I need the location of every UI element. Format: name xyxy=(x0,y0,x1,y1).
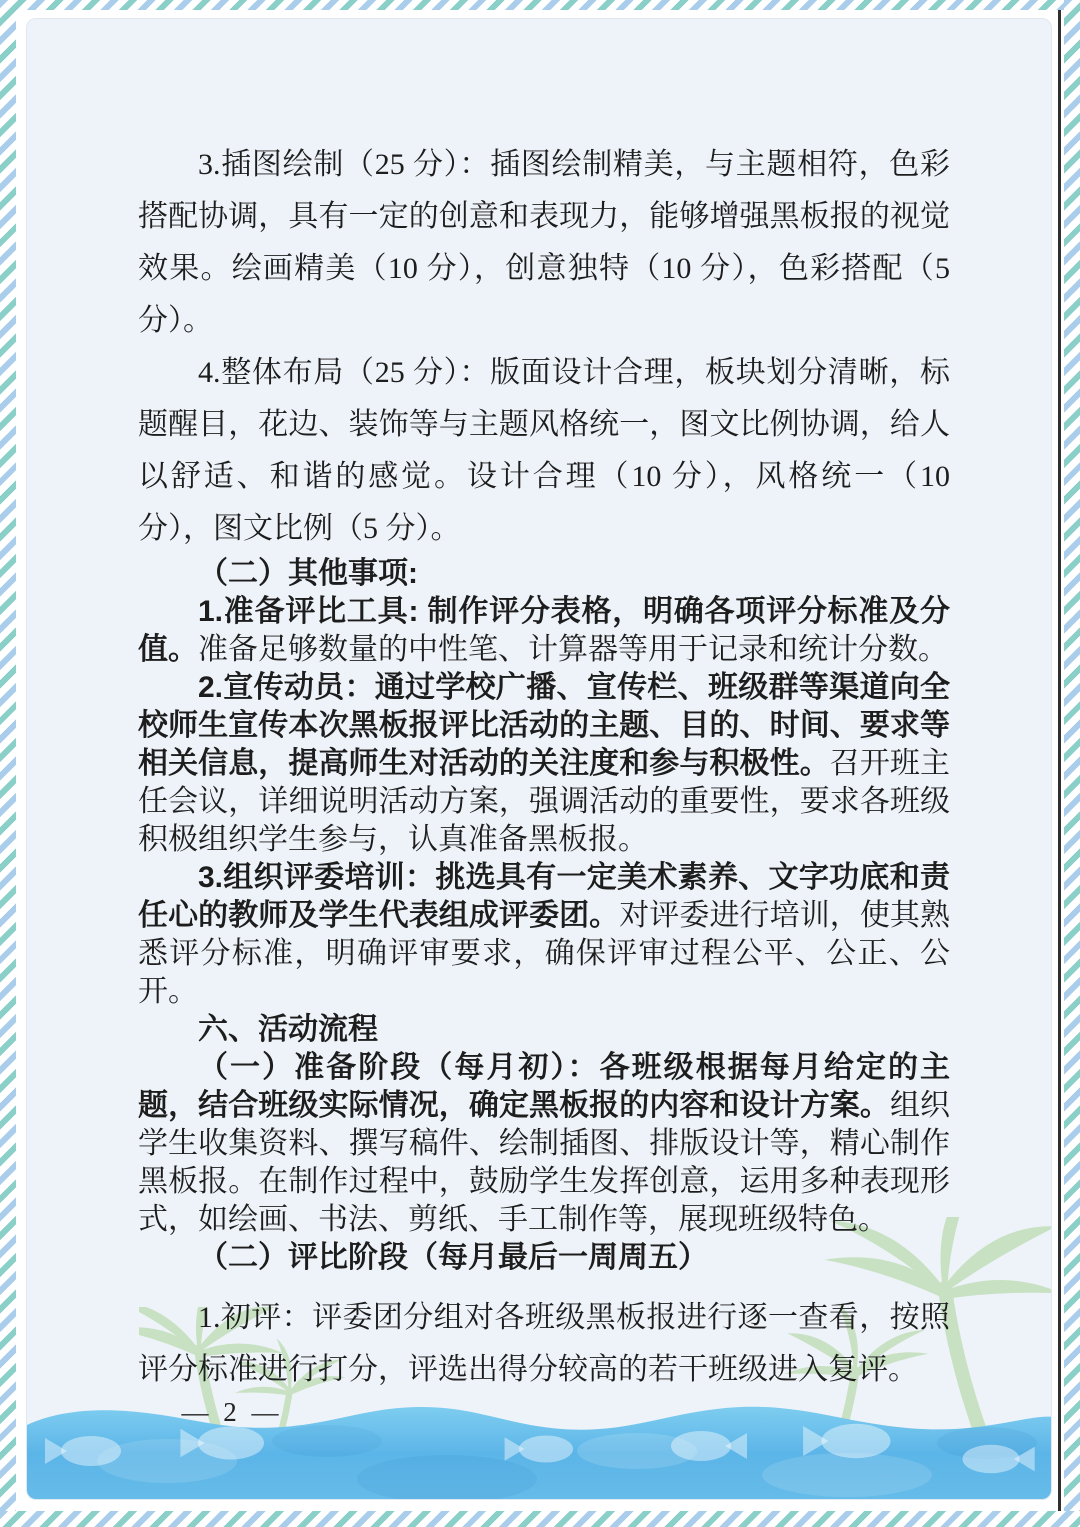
paragraph: （一）准备阶段（每月初）：各班级根据每月给定的主题，结合班级实际情况，确定黑板报… xyxy=(138,1049,950,1239)
paragraph: （二）评比阶段（每月最后一周周五） xyxy=(138,1239,950,1277)
paragraph: 4.整体布局（25 分）：版面设计合理，板块划分清晰，标题醒目，花边、装饰等与主… xyxy=(138,347,950,555)
document-page: — 2 — 3.插图绘制（25 分）：插图绘制精美，与主题相符，色彩搭配协调，具… xyxy=(26,18,1052,1500)
border-stripe-right xyxy=(1064,0,1080,1527)
paragraph-run-bold: （一）准备阶段（每月初）：各班级根据每月给定的主题，结合班级实际情况，确定黑板报… xyxy=(138,1051,950,1122)
paragraph-run-bold: 2.宣传动员：通过学校广播、宣传栏、班级群等渠道向全校师生宣传本次黑板报评比活动… xyxy=(138,671,950,780)
paragraph-run-bold: （二）其他事项: xyxy=(198,557,418,590)
document-body: 3.插图绘制（25 分）：插图绘制精美，与主题相符，色彩搭配协调，具有一定的创意… xyxy=(138,139,950,1396)
paragraph-run: 准备足够数量的中性笔、计算器等用于记录和统计分数。 xyxy=(198,633,948,666)
document-canvas: — 2 — 3.插图绘制（25 分）：插图绘制精美，与主题相符，色彩搭配协调，具… xyxy=(0,0,1080,1527)
border-stripe-left xyxy=(0,0,16,1527)
border-stripe-top xyxy=(0,0,1080,10)
paragraph: 六、活动流程 xyxy=(138,1011,950,1049)
paragraph: 3.组织评委培训：挑选具有一定美术素养、文字功底和责任心的教师及学生代表组成评委… xyxy=(138,859,950,1011)
paragraph: （二）其他事项: xyxy=(138,555,950,593)
paragraph-run-bold: 六、活动流程 xyxy=(198,1013,378,1046)
paragraph: 2.宣传动员：通过学校广播、宣传栏、班级群等渠道向全校师生宣传本次黑板报评比活动… xyxy=(138,669,950,859)
paragraph: 1.准备评比工具: 制作评分表格，明确各项评分标准及分值。准备足够数量的中性笔、… xyxy=(138,593,950,669)
paragraph-run: 3.插图绘制（25 分）：插图绘制精美，与主题相符，色彩搭配协调，具有一定的创意… xyxy=(138,148,950,337)
paragraph-run: 4.整体布局（25 分）：版面设计合理，板块划分清晰，标题醒目，花边、装饰等与主… xyxy=(138,356,950,545)
paragraph: 3.插图绘制（25 分）：插图绘制精美，与主题相符，色彩搭配协调，具有一定的创意… xyxy=(138,139,950,347)
scan-edge-line xyxy=(1058,10,1061,1511)
paragraph-run-bold: （二）评比阶段（每月最后一周周五） xyxy=(198,1241,708,1274)
paragraph: 1.初评：评委团分组对各班级黑板报进行逐一查看，按照评分标准进行打分，评选出得分… xyxy=(138,1292,950,1396)
border-stripe-bottom xyxy=(0,1511,1080,1527)
page-number: — 2 — xyxy=(157,1397,307,1428)
paragraph-run: 1.初评：评委团分组对各班级黑板报进行逐一查看，按照评分标准进行打分，评选出得分… xyxy=(138,1301,950,1386)
